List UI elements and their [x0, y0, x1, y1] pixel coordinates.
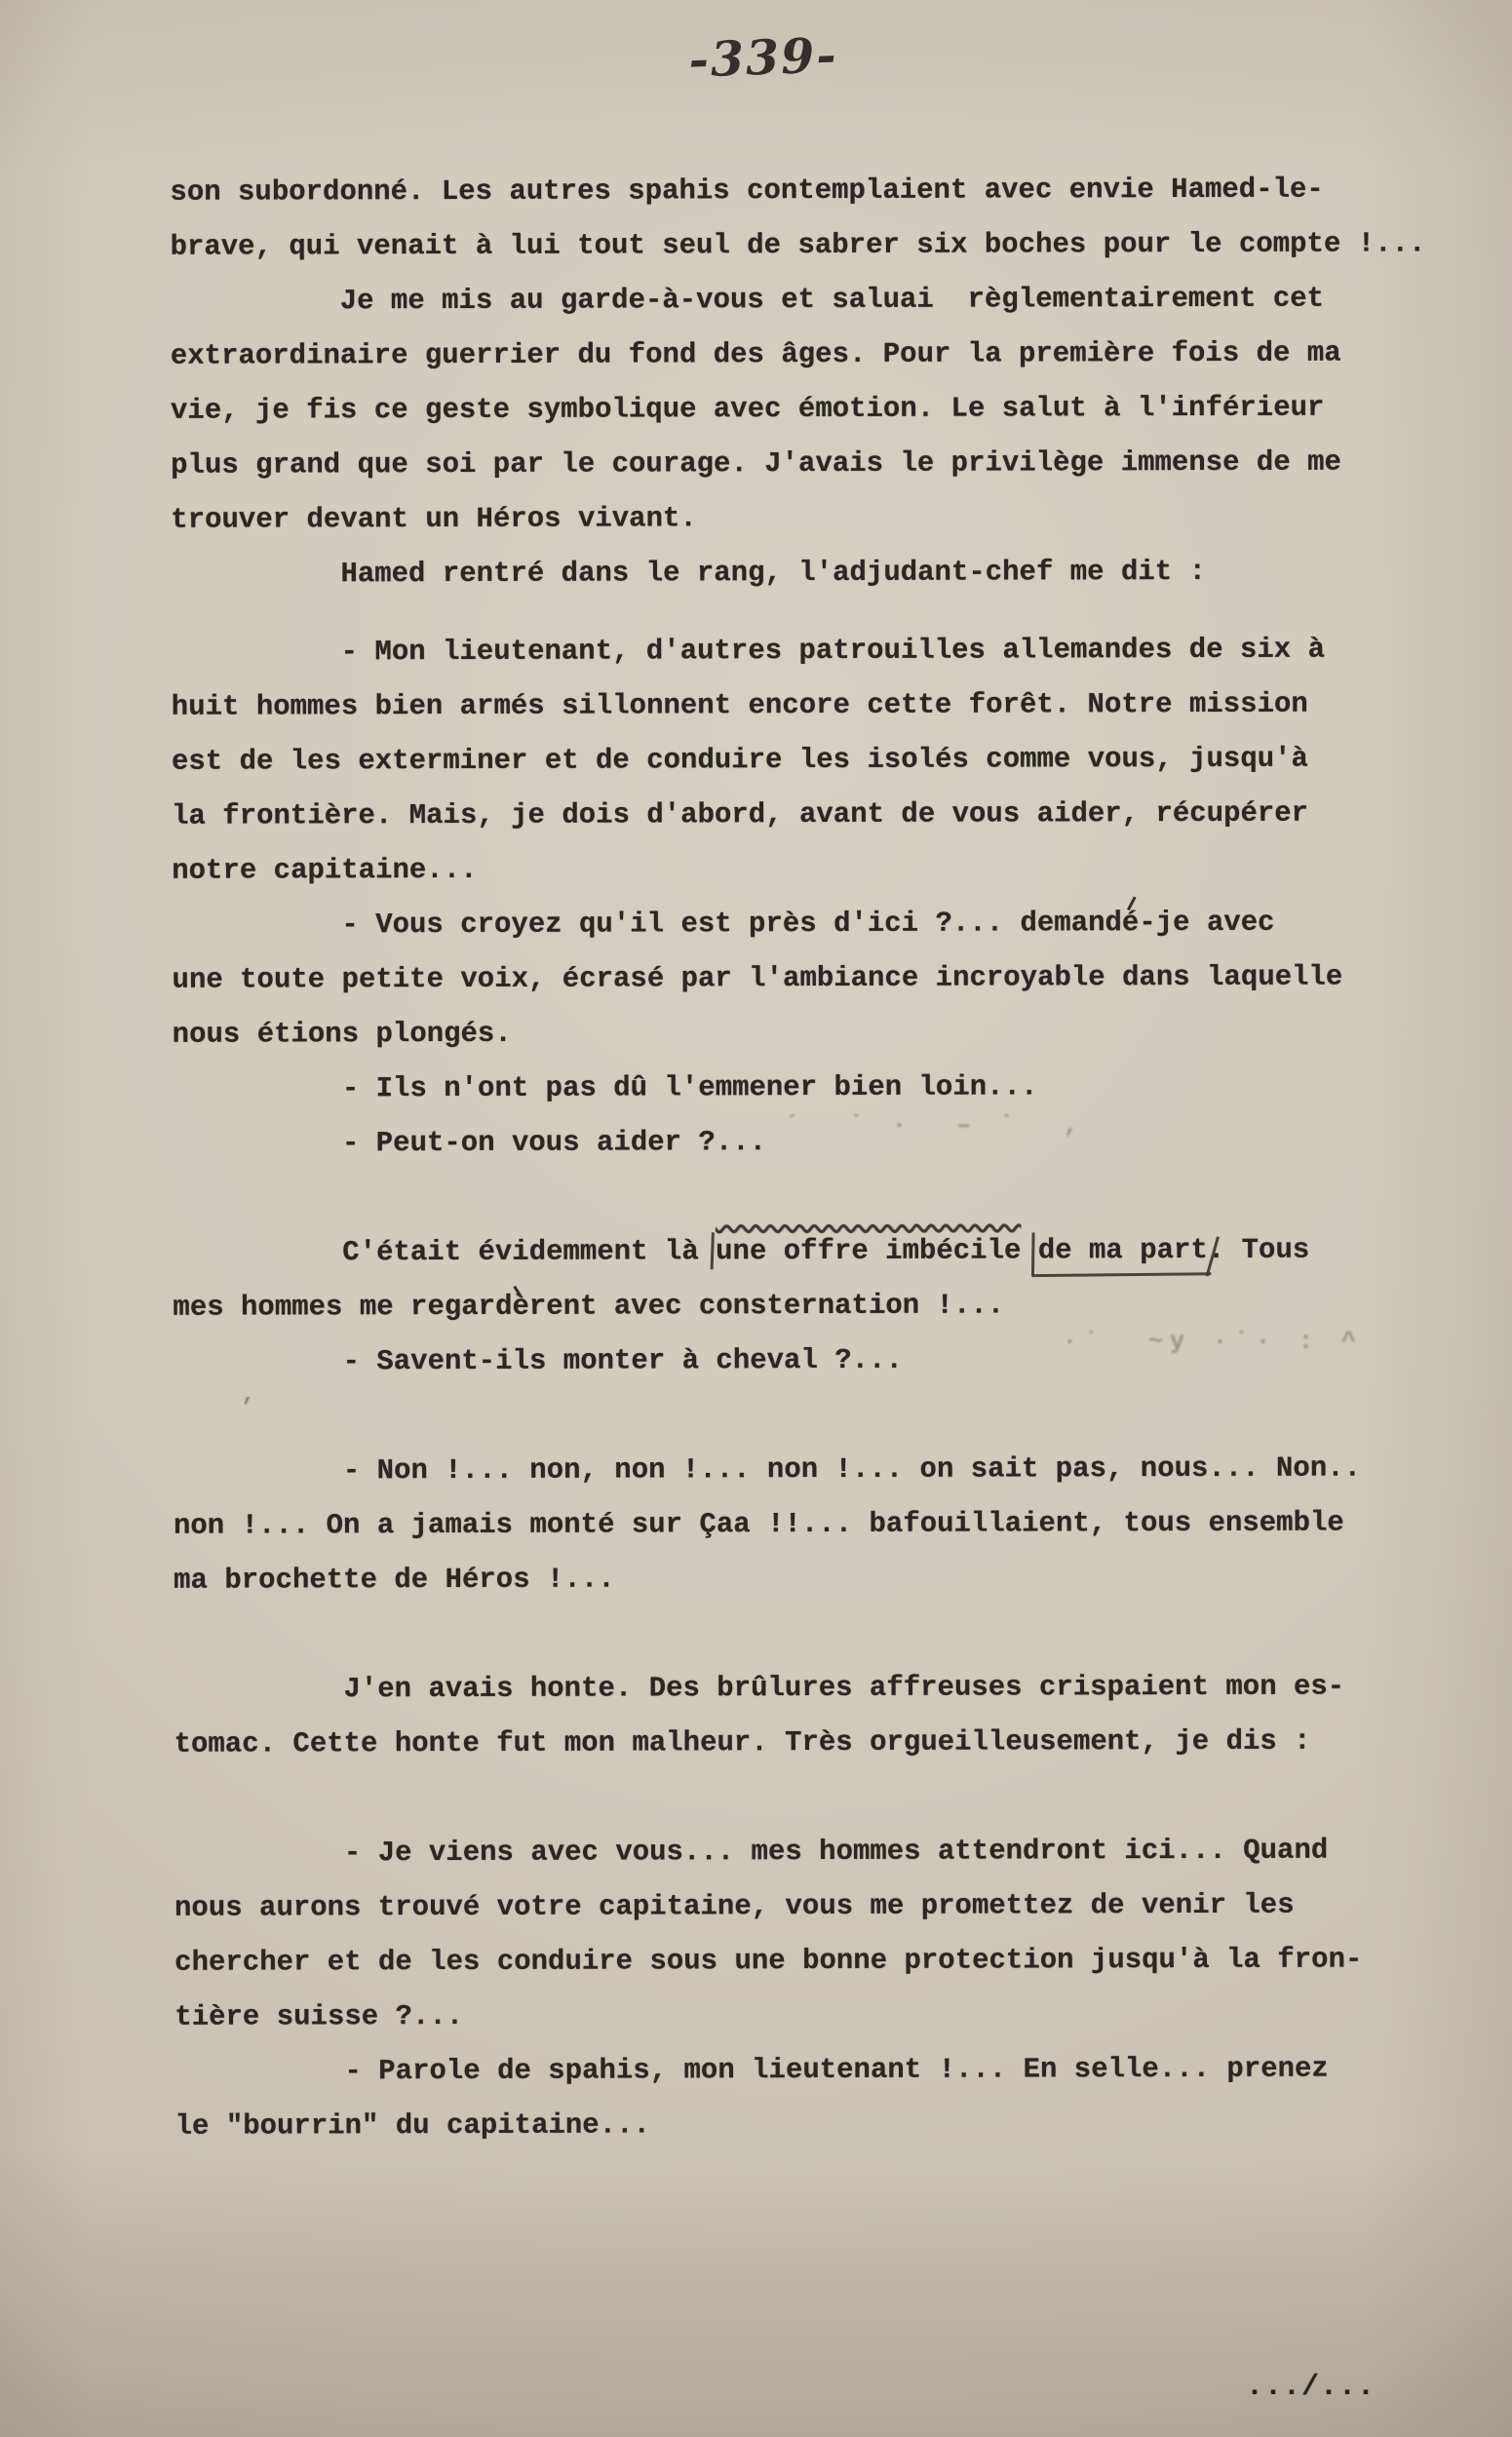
text-segment: - Mon lieutenant, d'autres patrouilles a…	[341, 623, 1326, 680]
text-line: non !... On a jamais monté sur Çaa !!...…	[174, 1495, 1470, 1553]
text-segment: -je avec	[1139, 896, 1274, 950]
text-line: est de les exterminer et de conduire les…	[172, 731, 1468, 789]
text-line: - Parole de spahis, mon lieutenant !... …	[174, 2041, 1471, 2099]
text-line: - Je viens avec vous... mes hommes atten…	[174, 1823, 1471, 1880]
text-segment: - Parole de spahis, mon lieutenant !... …	[344, 2042, 1329, 2100]
text-line: J'en avais honte. Des brûlures affreuses…	[174, 1659, 1470, 1717]
text-line: tomac. Cette honte fut mon malheur. Très…	[174, 1714, 1470, 1771]
text-segment: huit hommes bien armés sillonnent encore…	[172, 677, 1308, 735]
text-segment: rent avec consternation !...	[529, 1279, 1004, 1335]
text-segment: - Savent-ils monter à cheval ?...	[342, 1334, 902, 1390]
text-segment: chercher et de les conduire sous une bon…	[174, 1933, 1362, 1991]
photographed-typescript-page: { "page": { "number": "-339-", "continua…	[0, 0, 1512, 2437]
text-segment: vie, je fis ce geste symbolique avec émo…	[171, 381, 1325, 439]
text-segment: - Je viens avec vous... mes hommes atten…	[344, 1824, 1329, 1881]
text-segment: Hamed rentré dans le rang, l'adjudant-ch…	[340, 545, 1206, 601]
text-line: Hamed rentré dans le rang, l'adjudant-ch…	[171, 544, 1467, 601]
paragraph: - Non !... non, non !... non !... on sai…	[174, 1441, 1470, 1607]
text-segment: J'en avais honte. Des brûlures affreuses…	[343, 1660, 1344, 1718]
ink-smudge: ´ ˙ · – ˙ ,	[785, 1111, 1085, 1140]
text-line: la frontière. Mais, je dois d'abord, ava…	[172, 786, 1468, 843]
text-line: nous aurons trouvé votre capitaine, vous…	[174, 1877, 1471, 1935]
text-line: son subordonné. Les autres spahis contem…	[170, 162, 1466, 219]
text-line: une toute petite voix, écrasé par l'ambi…	[172, 949, 1468, 1007]
ink-smudge: ’	[240, 1394, 254, 1422]
text-line: vie, je fis ce geste symbolique avec émo…	[171, 380, 1467, 438]
text-segment: - Ils n'ont pas dû l'emmener bien loin..…	[342, 1060, 1038, 1116]
text-segment: extraordinaire guerrier du fond des âges…	[171, 327, 1341, 384]
annotated-text-segment: une offre imbécile	[716, 1223, 1021, 1279]
text-segment: est de les exterminer et de conduire les…	[172, 732, 1308, 790]
text-line: brave, qui venait à lui tout seul de sab…	[170, 216, 1466, 274]
typescript-text-block: son subordonné. Les autres spahis contem…	[170, 162, 1471, 2153]
text-segment: trouver devant un Héros vivant.	[171, 491, 697, 547]
annotated-text-segment: .	[1208, 1223, 1225, 1278]
text-segment: - Non !... non, non !... non !... on sai…	[343, 1442, 1361, 1499]
text-line: nous étions plongés.	[173, 1004, 1469, 1062]
text-line: ma brochette de Héros !...	[174, 1550, 1470, 1607]
text-line: huit hommes bien armés sillonnent encore…	[172, 677, 1468, 734]
text-segment: la frontière. Mais, je dois d'abord, ava…	[172, 787, 1308, 844]
text-segment: Je me mis au garde-à-vous et saluai règl…	[340, 272, 1325, 329]
text-segment: tière suisse ?...	[174, 1990, 463, 2045]
paragraph: - Ils n'ont pas dû l'emmener bien loin..…	[173, 1059, 1469, 1116]
paragraph: Hamed rentré dans le rang, l'adjudant-ch…	[171, 544, 1467, 601]
handwritten-page-number: -339-	[675, 26, 852, 89]
text-line: notre capitaine...	[172, 840, 1468, 898]
paragraph: - Mon lieutenant, d'autres patrouilles a…	[172, 622, 1469, 898]
continuation-mark: .../...	[1246, 2371, 1376, 2404]
text-line: le "bourrin" du capitaine...	[175, 2096, 1472, 2153]
text-line: extraordinaire guerrier du fond des âges…	[171, 326, 1467, 383]
annotated-text-segment: é	[1122, 896, 1140, 950]
text-line: C'était évidemment là une offre imbécile…	[173, 1222, 1469, 1280]
ink-smudge: ·˙ ~y ·˙· : ^	[1063, 1328, 1363, 1356]
text-line: - Ils n'ont pas dû l'emmener bien loin..…	[173, 1059, 1469, 1116]
text-segment: notre capitaine...	[172, 843, 477, 899]
text-segment: C'était évidemment là	[342, 1224, 716, 1280]
paragraph: - Parole de spahis, mon lieutenant !... …	[174, 2041, 1471, 2153]
text-segment: mes hommes me regard	[173, 1280, 512, 1335]
annotated-text-segment: è	[512, 1280, 529, 1335]
text-line: trouver devant un Héros vivant.	[171, 489, 1467, 547]
text-segment: ma brochette de Héros !...	[174, 1553, 615, 1608]
text-segment: plus grand que soi par le courage. J'ava…	[171, 436, 1341, 493]
text-segment: son subordonné. Les autres spahis contem…	[170, 163, 1324, 220]
text-segment: - Peut-on vous aider ?...	[342, 1115, 766, 1171]
paragraph: C'était évidemment là une offre imbécile…	[173, 1222, 1469, 1335]
annotated-text-segment: de ma part	[1038, 1223, 1208, 1278]
text-segment: - Vous croyez qu'il est près d'ici ?... …	[341, 896, 1122, 952]
text-segment: Tous	[1224, 1223, 1309, 1278]
text-segment: tomac. Cette honte fut mon malheur. Très…	[174, 1715, 1310, 1772]
text-line: - Non !... non, non !... non !... on sai…	[174, 1441, 1470, 1498]
paragraph: son subordonné. Les autres spahis contem…	[170, 162, 1466, 274]
text-line: chercher et de les conduire sous une bon…	[174, 1932, 1471, 1990]
paragraph: J'en avais honte. Des brûlures affreuses…	[174, 1659, 1470, 1771]
text-line: - Mon lieutenant, d'autres patrouilles a…	[172, 622, 1468, 679]
text-line: Je me mis au garde-à-vous et saluai règl…	[171, 271, 1467, 329]
paragraph: - Vous croyez qu'il est près d'ici ?... …	[172, 895, 1468, 1062]
paragraph: - Je viens avec vous... mes hommes atten…	[174, 1823, 1472, 2044]
text-segment: brave, qui venait à lui tout seul de sab…	[170, 216, 1425, 274]
text-segment: nous aurons trouvé votre capitaine, vous…	[174, 1878, 1295, 1936]
text-line: mes hommes me regardèrent avec consterna…	[173, 1277, 1469, 1335]
text-segment: le "bourrin" du capitaine...	[175, 2098, 650, 2153]
text-segment: une toute petite voix, écrasé par l'ambi…	[172, 950, 1342, 1008]
text-line: tière suisse ?...	[174, 1987, 1471, 2044]
text-segment: non !... On a jamais monté sur Çaa !!...…	[174, 1496, 1344, 1554]
paragraph: Je me mis au garde-à-vous et saluai règl…	[171, 271, 1468, 547]
text-line: plus grand que soi par le courage. J'ava…	[171, 435, 1467, 492]
text-segment: nous étions plongés.	[173, 1007, 512, 1063]
text-line: - Vous croyez qu'il est près d'ici ?... …	[172, 895, 1468, 952]
text-segment	[1021, 1223, 1038, 1278]
